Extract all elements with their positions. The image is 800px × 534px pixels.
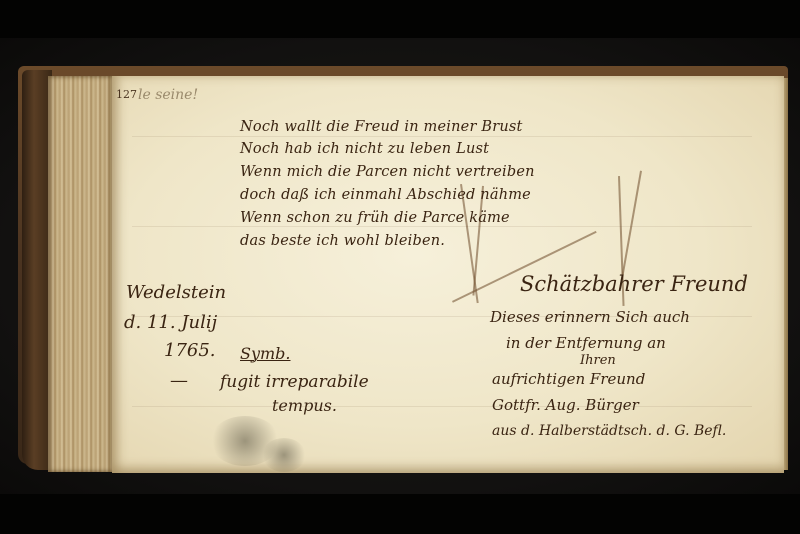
poem-line-6: das beste ich wohl bleiben. [240,234,445,249]
poem-line-2: Noch hab ich nicht zu leben Lust [240,142,489,157]
poem-line-4: doch daß ich einmahl Abschied nähme [240,188,531,203]
page-edges [48,76,114,472]
poem-line-3: Wenn mich die Parcen nicht vertreiben [240,165,535,180]
bleed-through-line [132,406,752,407]
symbolum-label: Symb. [240,346,291,362]
right-entry-line-4: aufrichtigen Freund [492,372,645,387]
salutation: Schätzbahrer Freund [520,274,748,295]
right-entry-line-2: in der Entfernung an [506,336,666,351]
poem-line-5: Wenn schon zu früh die Parce käme [240,211,510,226]
page-number: 127 [116,89,137,100]
entry-year: 1765. [164,342,216,360]
right-entry-line-1: Dieses erinnern Sich auch [490,310,690,325]
bleed-through-line [132,226,752,227]
signature-name: Gottfr. Aug. Bürger [492,398,639,413]
bleed-through-line [132,136,752,137]
entry-date-text: d. 11. Julij [124,312,217,333]
manuscript-page: 127 le seine! Noch wallt die Freud in me… [112,76,784,473]
letterbox-top [0,0,800,38]
motto-dash: — [170,372,188,390]
entry-date: d. 11. Julij [124,314,217,332]
motto-line-2: tempus. [272,398,337,414]
entry-place: Wedelstein [126,284,226,302]
letterbox-bottom [0,494,800,534]
right-entry-line-3: Ihren [580,354,616,367]
ink-smudge [262,438,306,472]
signature-place: aus d. Halberstädtsch. d. G. Befl. [492,424,726,438]
motto-line-1: fugit irreparabile [220,374,369,391]
poem-line-1: Noch wallt die Freud in meiner Brust [240,120,523,135]
header-note: le seine! [138,88,198,102]
